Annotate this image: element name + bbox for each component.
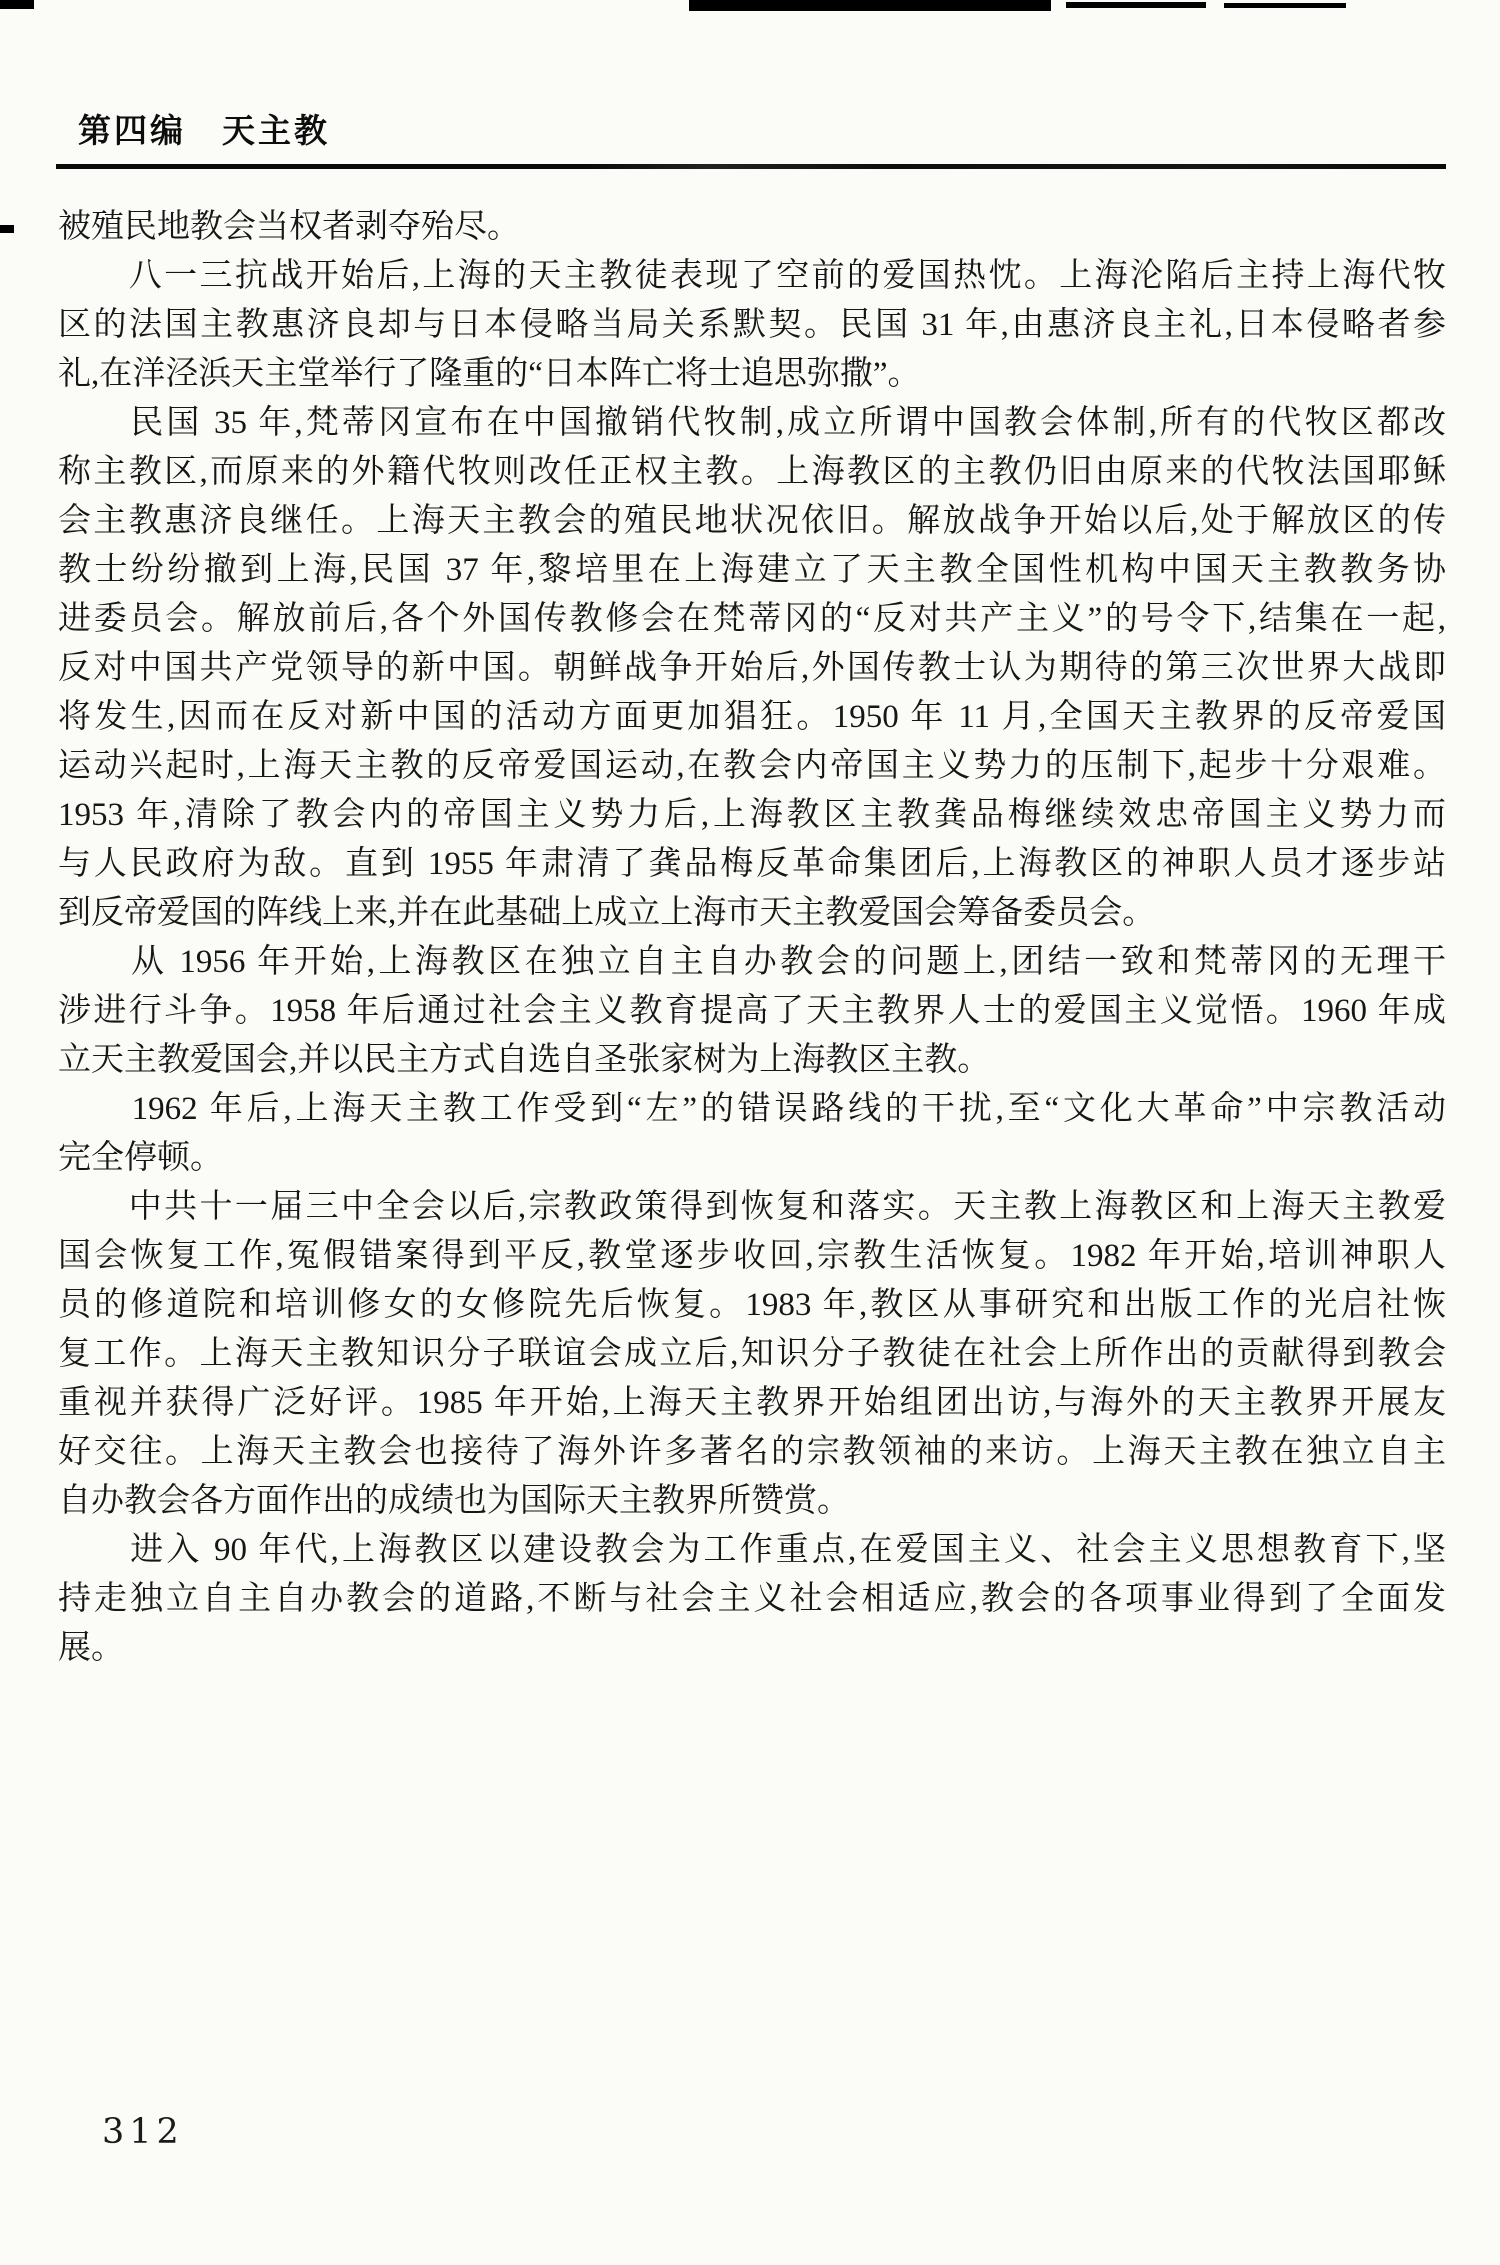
text-line: 涉进行斗争。1958 年后通过社会主义教育提高了天主教界人士的爱国主义觉悟。19…: [58, 987, 1446, 1036]
text-line: 1962 年后,上海天主教工作受到“左”的错误路线的干扰,至“文化大革命”中宗教…: [58, 1085, 1446, 1134]
text-line: 从 1956 年开始,上海教区在独立自主自办教会的问题上,团结一致和梵蒂冈的无理…: [58, 938, 1446, 987]
text-line: 运动兴起时,上海天主教的反帝爱国运动,在教会内帝国主义势力的压制下,起步十分艰难…: [58, 742, 1446, 791]
text-line: 自办教会各方面作出的成绩也为国际天主教界所赞赏。: [58, 1477, 1446, 1526]
text-line: 进委员会。解放前后,各个外国传教修会在梵蒂冈的“反对共产主义”的号令下,结集在一…: [58, 595, 1446, 644]
text-line: 会主教惠济良继任。上海天主教会的殖民地状况依旧。解放战争开始以后,处于解放区的传: [58, 497, 1446, 546]
text-line: 民国 35 年,梵蒂冈宣布在中国撤销代牧制,成立所谓中国教会体制,所有的代牧区都…: [58, 399, 1446, 448]
text-line: 教士纷纷撤到上海,民国 37 年,黎培里在上海建立了天主教全国性机构中国天主教教…: [58, 546, 1446, 595]
text-line: 进入 90 年代,上海教区以建设教会为工作重点,在爱国主义、社会主义思想教育下,…: [58, 1526, 1446, 1575]
page-number: 312: [102, 2112, 184, 2152]
text-line: 将发生,因而在反对新中国的活动方面更加猖狂。1950 年 11 月,全国天主教界…: [58, 693, 1446, 742]
text-line: 复工作。上海天主教知识分子联谊会成立后,知识分子教徒在社会上所作出的贡献得到教会: [58, 1330, 1446, 1379]
text-line: 礼,在洋泾浜天主堂举行了隆重的“日本阵亡将士追思弥撒”。: [58, 350, 1446, 399]
text-line: 展。: [58, 1624, 1446, 1673]
text-line: 到反帝爱国的阵线上来,并在此基础上成立上海市天主教爱国会筹备委员会。: [58, 889, 1446, 938]
text-line: 反对中国共产党领导的新中国。朝鲜战争开始后,外国传教士认为期待的第三次世界大战即: [58, 644, 1446, 693]
text-line: 中共十一届三中全会以后,宗教政策得到恢复和落实。天主教上海教区和上海天主教爱: [58, 1183, 1446, 1232]
scan-artifact-top-mark-2: [1224, 3, 1346, 8]
book-page: 第四编 天主教 被殖民地教会当权者剥夺殆尽。 八一三抗战开始后,上海的天主教徒表…: [0, 0, 1500, 2265]
text-line: 被殖民地教会当权者剥夺殆尽。: [58, 203, 1446, 252]
scan-artifact-top-bar: [689, 0, 1051, 11]
text-line: 国会恢复工作,冤假错案得到平反,教堂逐步收回,宗教生活恢复。1982 年开始,培…: [58, 1232, 1446, 1281]
scan-artifact-left-edge-dash: [0, 225, 14, 233]
text-line: 八一三抗战开始后,上海的天主教徒表现了空前的爱国热忱。上海沦陷后主持上海代牧: [58, 252, 1446, 301]
header-rule: [56, 164, 1446, 169]
text-line: 好交往。上海天主教会也接待了海外许多著名的宗教领袖的来访。上海天主教在独立自主: [58, 1428, 1446, 1477]
text-line: 重视并获得广泛好评。1985 年开始,上海天主教界开始组团出访,与海外的天主教界…: [58, 1379, 1446, 1428]
text-line: 称主教区,而原来的外籍代牧则改任正权主教。上海教区的主教仍旧由原来的代牧法国耶稣: [58, 448, 1446, 497]
scan-artifact-top-left-corner: [0, 0, 34, 9]
running-header-section-title: 第四编 天主教: [78, 112, 330, 150]
text-line: 持走独立自主自办教会的道路,不断与社会主义社会相适应,教会的各项事业得到了全面发: [58, 1575, 1446, 1624]
text-line: 完全停顿。: [58, 1134, 1446, 1183]
text-line: 1953 年,清除了教会内的帝国主义势力后,上海教区主教龚品梅继续效忠帝国主义势…: [58, 791, 1446, 840]
scan-artifact-top-mark-1: [1066, 2, 1206, 8]
text-block: 被殖民地教会当权者剥夺殆尽。 八一三抗战开始后,上海的天主教徒表现了空前的爱国热…: [58, 203, 1446, 1673]
text-line: 与人民政府为敌。直到 1955 年肃清了龚品梅反革命集团后,上海教区的神职人员才…: [58, 840, 1446, 889]
text-line: 员的修道院和培训修女的女修院先后恢复。1983 年,教区从事研究和出版工作的光启…: [58, 1281, 1446, 1330]
text-line: 区的法国主教惠济良却与日本侵略当局关系默契。民国 31 年,由惠济良主礼,日本侵…: [58, 301, 1446, 350]
text-line: 立天主教爱国会,并以民主方式自选自圣张家树为上海教区主教。: [58, 1036, 1446, 1085]
